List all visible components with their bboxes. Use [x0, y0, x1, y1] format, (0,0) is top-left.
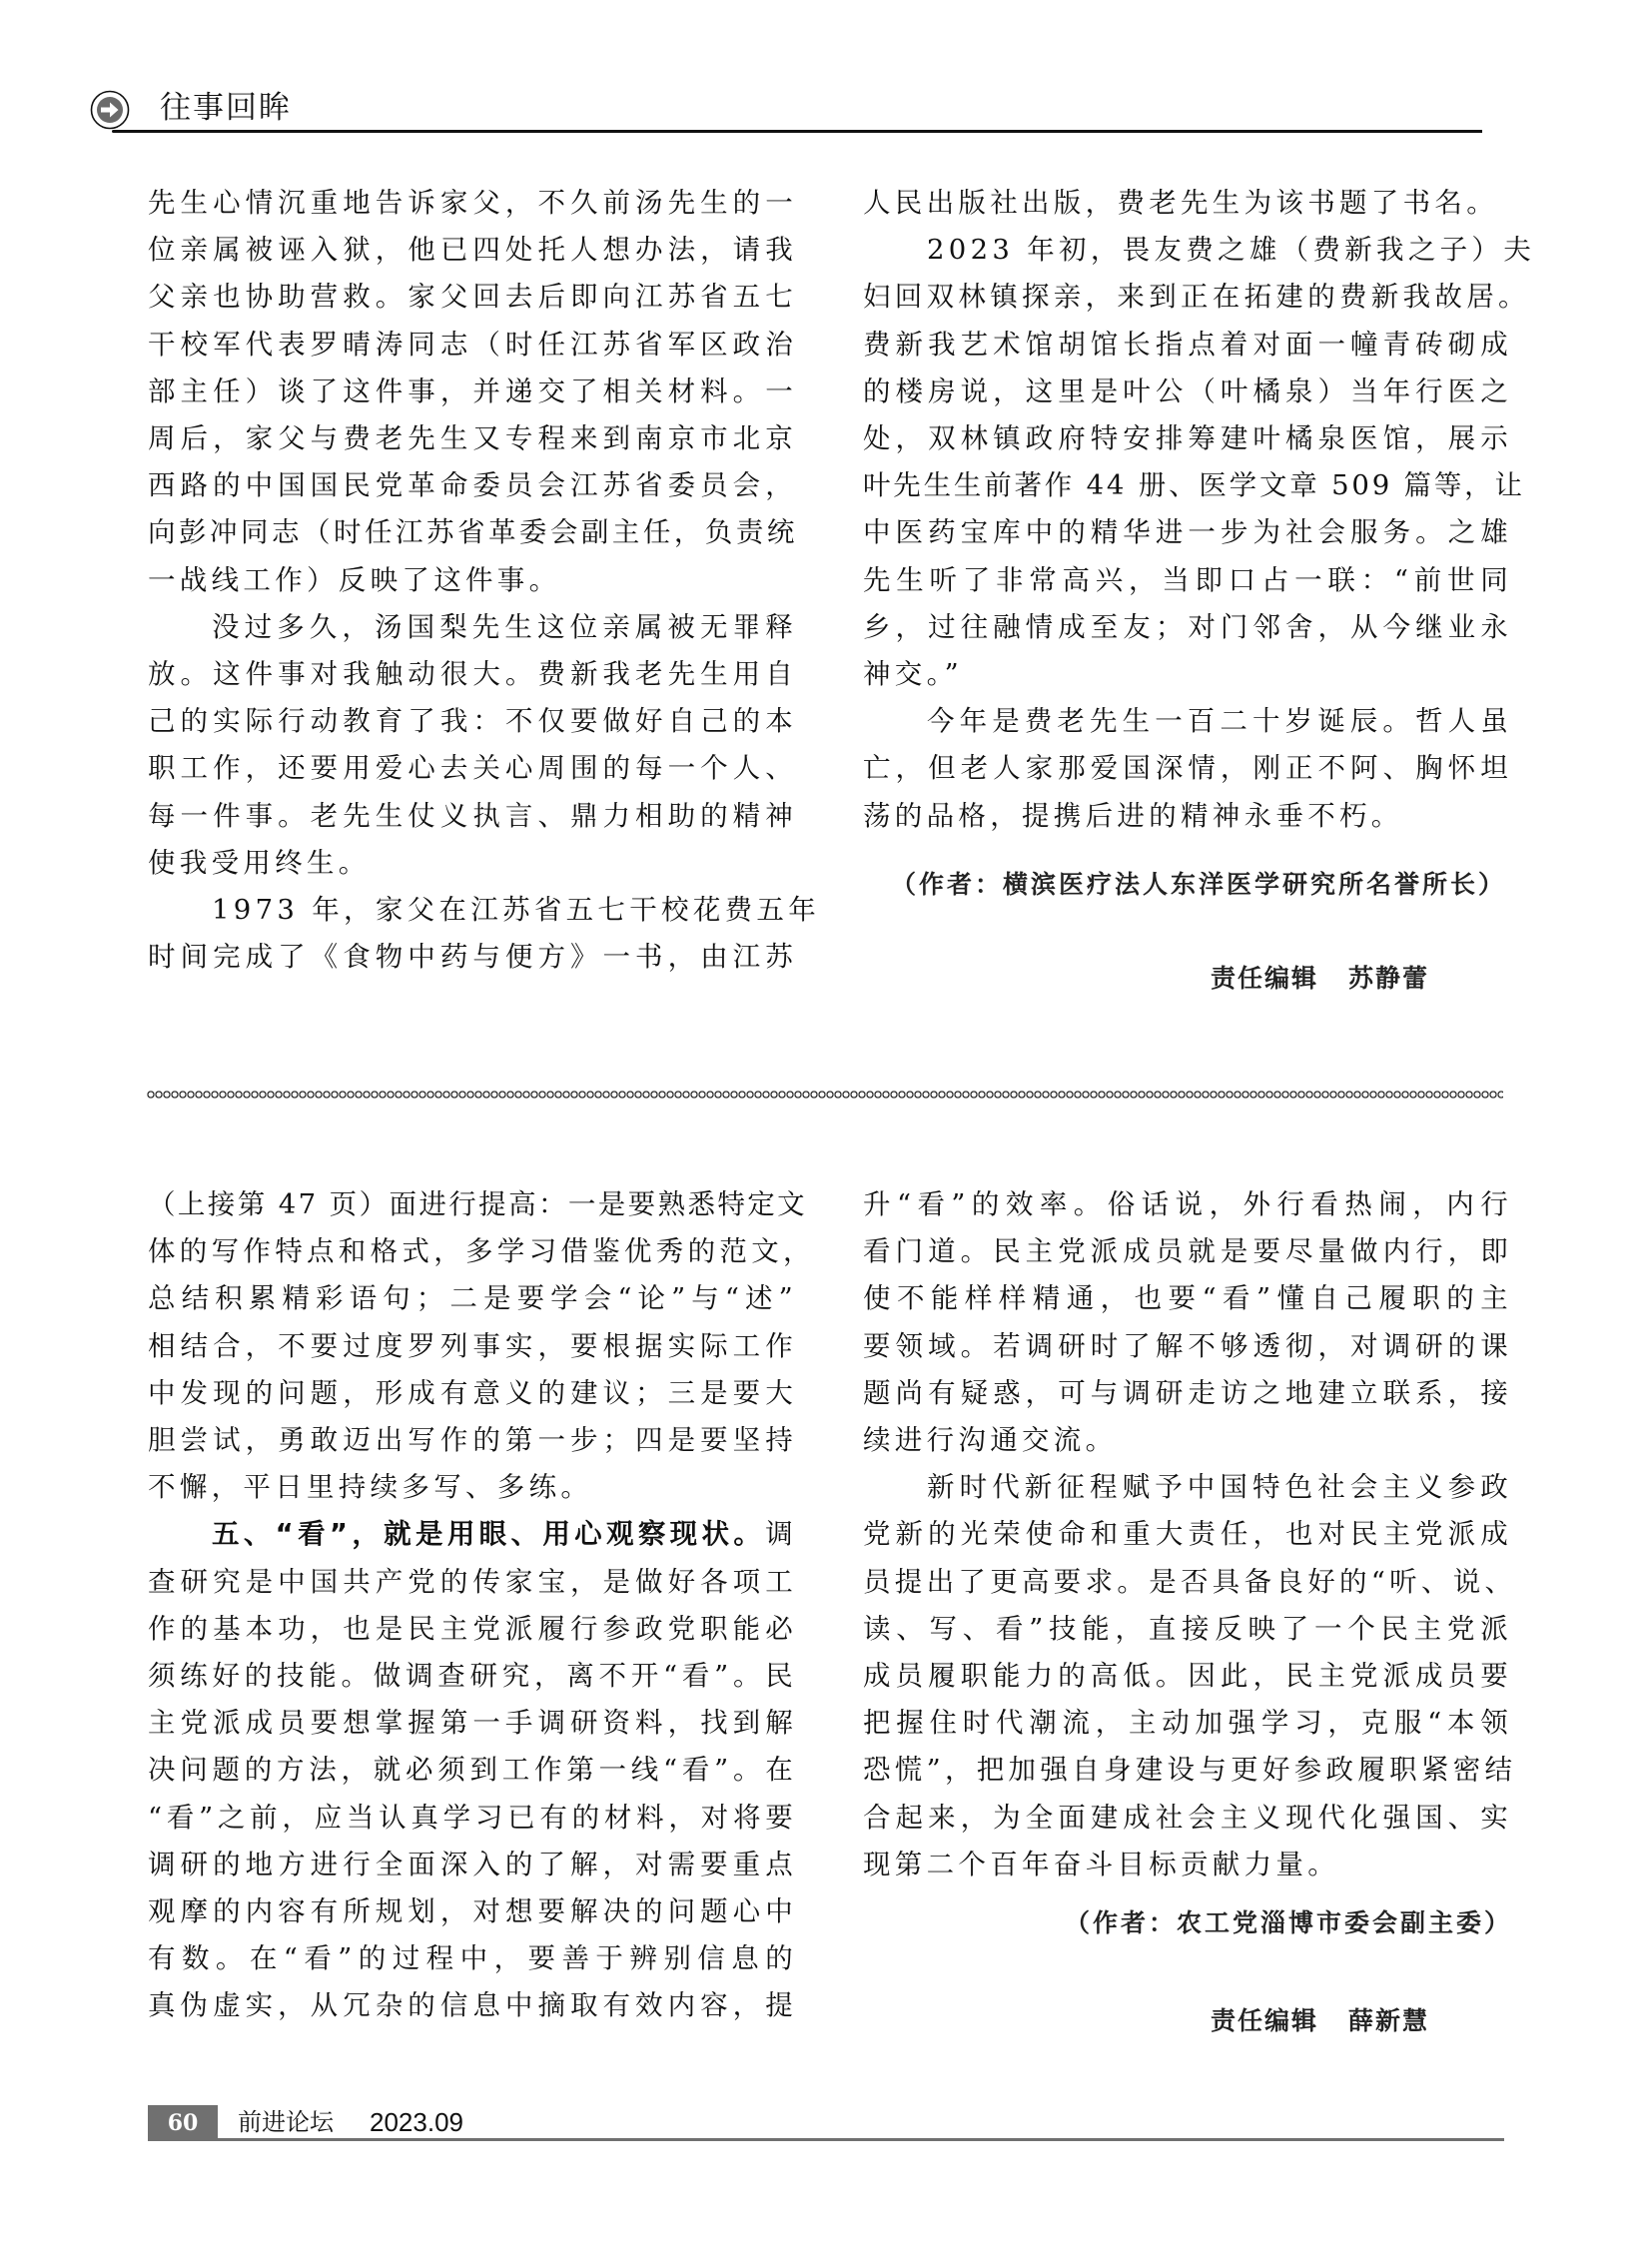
- page-header: 往事回眸: [88, 86, 1486, 134]
- text-line: 查研究是中国共产党的传家宝，是做好各项工: [148, 1559, 797, 1606]
- text-line: 现第二个百年奋斗目标贡献力量。: [863, 1842, 1512, 1888]
- text-line: 的楼房说，这里是叶公（叶橘泉）当年行医之: [863, 369, 1512, 415]
- article1-author-byline: （作者：横滨医疗法人东洋医学研究所名誉所长）: [891, 865, 1506, 901]
- text-line: 决问题的方法，就必须到工作第一线“看”。在: [148, 1747, 797, 1794]
- text-line: 处，双林镇政府特安排筹建叶橘泉医馆，展示: [863, 415, 1512, 462]
- text-line: 使我受用终生。: [148, 840, 797, 887]
- text-line: 先生听了非常高兴，当即口占一联：“前世同: [863, 557, 1512, 604]
- text-line: 父亲也协助营救。家父回去后即向江苏省五七: [148, 274, 797, 321]
- text-line: 每一件事。老先生仗义执言、鼎力相助的精神: [148, 793, 797, 840]
- article1-left-column: 先生心情沉重地告诉家父，不久前汤先生的一 位亲属被诬入狱，他已四处托人想办法，请…: [148, 180, 797, 981]
- text-line: 向彭冲同志（时任江苏省革委会副主任，负责统: [148, 509, 797, 556]
- header-rule: [112, 130, 1482, 133]
- text-line: 相结合，不要过度罗列事实，要根据实际工作: [148, 1323, 797, 1370]
- text-line: “看”之前，应当认真学习已有的材料，对将要: [148, 1795, 797, 1842]
- page-number: 60: [148, 2105, 218, 2141]
- text-line: 中发现的问题，形成有意义的建议；三是要大: [148, 1370, 797, 1417]
- text-line: 不懈，平日里持续多写、多练。: [148, 1464, 797, 1511]
- text-line: 乡，过往融情成至友；对门邻舍，从今继业永: [863, 604, 1512, 651]
- article1-right-column: 人民出版社出版，费老先生为该书题了书名。 2023 年初，畏友费之雄（费新我之子…: [863, 180, 1512, 840]
- footer-rule: [218, 2138, 1504, 2141]
- article1-editor-credit: 责任编辑苏静蕾: [1211, 959, 1429, 995]
- article2-editor-credit: 责任编辑薛新慧: [1211, 2001, 1429, 2037]
- text-line: （上接第 47 页）面进行提高：一是要熟悉特定文: [148, 1181, 797, 1228]
- text-line: 升“看”的效率。俗话说，外行看热闹，内行: [863, 1181, 1512, 1228]
- text-line: 观摩的内容有所规划，对想要解决的问题心中: [148, 1888, 797, 1935]
- text-line: 使不能样样精通，也要“看”懂自己履职的主: [863, 1275, 1512, 1322]
- text-line: 部主任）谈了这件事，并递交了相关材料。一: [148, 369, 797, 415]
- article2-author-byline: （作者：农工党淄博市委会副主委）: [1065, 1903, 1512, 1939]
- arrow-right-circle-icon: [90, 90, 130, 130]
- text-line: 胆尝试，勇敢迈出写作的第一步；四是要坚持: [148, 1417, 797, 1464]
- text-line: 看门道。民主党派成员就是要尽量做内行，即: [863, 1228, 1512, 1275]
- text-line: 2023 年初，畏友费之雄（费新我之子）夫: [863, 227, 1512, 274]
- text-line: 一战线工作）反映了这件事。: [148, 557, 797, 604]
- text-line: 亡，但老人家那爱国深情，刚正不阿、胸怀坦: [863, 745, 1512, 792]
- text-line: 须练好的技能。做调查研究，离不开“看”。民: [148, 1653, 797, 1700]
- text-line: 先生心情沉重地告诉家父，不久前汤先生的一: [148, 180, 797, 227]
- text-line: 1973 年，家父在江苏省五七干校花费五年: [148, 887, 797, 934]
- section-heading-line: 五、“看”，就是用眼、用心观察现状。调: [148, 1511, 797, 1558]
- text-line: 把握住时代潮流，主动加强学习，克服“本领: [863, 1700, 1512, 1747]
- text-line: 成员履职能力的高低。因此，民主党派成员要: [863, 1653, 1512, 1700]
- text-line: 神交。”: [863, 651, 1512, 698]
- publication-name: 前进论坛: [238, 2105, 334, 2139]
- text-line: 有数。在“看”的过程中，要善于辨别信息的: [148, 1935, 797, 1982]
- text-line: 时间完成了《食物中药与便方》一书，由江苏: [148, 934, 797, 981]
- text-line: 总结积累精彩语句；二是要学会“论”与“述”: [148, 1275, 797, 1322]
- text-line: 己的实际行动教育了我：不仅要做好自己的本: [148, 698, 797, 745]
- text-line: 调研的地方进行全面深入的了解，对需要重点: [148, 1842, 797, 1888]
- text-line: 党新的光荣使命和重大责任，也对民主党派成: [863, 1511, 1512, 1558]
- text-line: 题尚有疑惑，可与调研走访之地建立联系，接: [863, 1370, 1512, 1417]
- text-line: 体的写作特点和格式，多学习借鉴优秀的范文，: [148, 1228, 797, 1275]
- text-line: 费新我艺术馆胡馆长指点着对面一幢青砖砌成: [863, 322, 1512, 369]
- text-line: 续进行沟通交流。: [863, 1417, 1512, 1464]
- text-line: 没过多久，汤国梨先生这位亲属被无罪释: [148, 604, 797, 651]
- text-line: 中医药宝库中的精华进一步为社会服务。之雄: [863, 509, 1512, 556]
- publication-issue: 2023.09: [370, 2105, 463, 2139]
- text-line: 员提出了更高要求。是否具备良好的“听、说、: [863, 1559, 1512, 1606]
- text-line: 荡的品格，提携后进的精神永垂不朽。: [863, 793, 1512, 840]
- section-heading: 五、“看”，就是用眼、用心观察现状。: [212, 1518, 765, 1550]
- section-title: 往事回眸: [160, 88, 292, 128]
- editor-name: 苏静蕾: [1348, 964, 1429, 993]
- text-line: 人民出版社出版，费老先生为该书题了书名。: [863, 180, 1512, 227]
- text-line: 位亲属被诬入狱，他已四处托人想办法，请我: [148, 227, 797, 274]
- text-line: 放。这件事对我触动很大。费新我老先生用自: [148, 651, 797, 698]
- editor-name: 薛新慧: [1348, 2006, 1429, 2035]
- chain-divider: [147, 1091, 1503, 1099]
- text-line: 读、写、看”技能，直接反映了一个民主党派: [863, 1606, 1512, 1653]
- text-line: 干校军代表罗晴涛同志（时任江苏省军区政治: [148, 322, 797, 369]
- article2-right-column: 升“看”的效率。俗话说，外行看热闹，内行 看门道。民主党派成员就是要尽量做内行，…: [863, 1181, 1512, 1888]
- text-line: 作的基本功，也是民主党派履行参政党职能必: [148, 1606, 797, 1653]
- text-line: 叶先生生前著作 44 册、医学文章 509 篇等，让: [863, 462, 1512, 509]
- text-line: 妇回双林镇探亲，来到正在拓建的费新我故居。: [863, 274, 1512, 321]
- text-line: 职工作，还要用爱心去关心周围的每一个人、: [148, 745, 797, 792]
- text-line: 恐慌”，把加强自身建设与更好参政履职紧密结: [863, 1747, 1512, 1794]
- text-line: 新时代新征程赋予中国特色社会主义参政: [863, 1464, 1512, 1511]
- page-footer: 60 前进论坛 2023.09: [148, 2105, 1506, 2145]
- text-line: 合起来，为全面建成社会主义现代化强国、实: [863, 1795, 1512, 1842]
- article2-left-column: （上接第 47 页）面进行提高：一是要熟悉特定文 体的写作特点和格式，多学习借鉴…: [148, 1181, 797, 2030]
- text-line: 主党派成员要想掌握第一手调研资料，找到解: [148, 1700, 797, 1747]
- text-line: 要领域。若调研时了解不够透彻，对调研的课: [863, 1323, 1512, 1370]
- text-line: 真伪虚实，从冗杂的信息中摘取有效内容，提: [148, 1982, 797, 2029]
- editor-label: 责任编辑: [1211, 964, 1318, 993]
- text-line: 西路的中国国民党革命委员会江苏省委员会，: [148, 462, 797, 509]
- editor-label: 责任编辑: [1211, 2006, 1318, 2035]
- text-line: 周后，家父与费老先生又专程来到南京市北京: [148, 415, 797, 462]
- text-line: 今年是费老先生一百二十岁诞辰。哲人虽: [863, 698, 1512, 745]
